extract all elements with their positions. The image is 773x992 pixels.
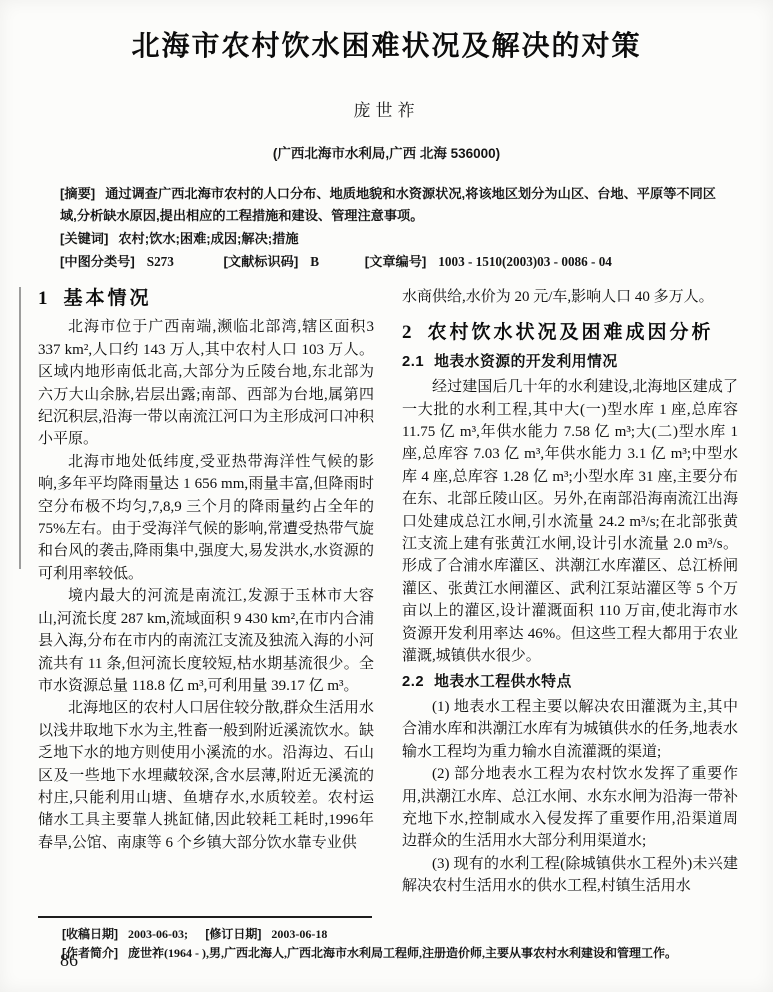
author-affiliation: (广西北海市水利局,广西 北海 536000) — [0, 142, 773, 162]
keywords-text: 农村;饮水;困难;成因;解决;措施 — [118, 231, 298, 246]
article-no-pair: [文章编号]1003 - 1510(2003)03 - 0086 - 04 — [365, 251, 612, 273]
abstract-label: [摘要] — [60, 186, 95, 201]
doc-code-label: [文献标识码] — [224, 254, 299, 269]
paper-page: 北海市农村饮水困难状况及解决的对策 庞世祚 (广西北海市水利局,广西 北海 53… — [0, 0, 773, 992]
list-item-paragraph: (3) 现有的水利工程(除城镇供水工程外)未兴建解决农村生活用水的供水工程,村镇… — [402, 853, 738, 898]
doc-code-pair: [文献标识码]B — [224, 251, 320, 273]
paper-title: 北海市农村饮水困难状况及解决的对策 — [0, 24, 773, 64]
section-1-title: 基本情况 — [64, 288, 152, 309]
article-no-value: 1003 - 1510(2003)03 - 0086 - 04 — [438, 254, 612, 269]
section-2-title: 农村饮水状况及困难成因分析 — [428, 322, 714, 343]
right-column: 水商供给,水价为 20 元/车,影响人口 40 多万人。 2农村饮水状况及困难成… — [402, 286, 738, 914]
section-2-heading: 2农村饮水状况及困难成因分析 — [402, 322, 738, 344]
paragraph: 北海市位于广西南端,濒临北部湾,辖区面积3 337 km²,人口约 143 万人… — [38, 316, 374, 450]
frontmatter-block: [摘要]通过调查广西北海市农村的人口分布、地质地貌和水资源状况,将该地区划分为山… — [60, 182, 716, 273]
scan-edge-artifact — [19, 287, 21, 569]
clc-label: [中图分类号] — [60, 254, 135, 269]
subsection-2-2-number: 2.2 — [402, 674, 424, 690]
subsection-2-1-title: 地表水资源的开发利用情况 — [434, 354, 618, 370]
paragraph: 北海市地处低纬度,受亚热带海洋性气候的影响,多年平均降雨量达 1 656 mm,… — [38, 451, 374, 585]
abstract-text: 通过调查广西北海市农村的人口分布、地质地貌和水资源状况,将该地区划分为山区、台地… — [60, 186, 716, 223]
subsection-2-2-title: 地表水工程供水特点 — [434, 674, 572, 690]
abstract-row: [摘要]通过调查广西北海市农村的人口分布、地质地貌和水资源状况,将该地区划分为山… — [60, 183, 716, 227]
list-item-paragraph: (2) 部分地表水工程为农村饮水发挥了重要作用,洪潮江水库、总江水闸、水东水闸为… — [402, 763, 738, 853]
keywords-row: [关键词]农村;饮水;困难;成因;解决;措施 — [60, 228, 716, 250]
subsection-2-2-heading: 2.2地表水工程供水特点 — [402, 671, 738, 693]
two-column-body: 1基本情况 北海市位于广西南端,濒临北部湾,辖区面积3 337 km²,人口约 … — [38, 286, 738, 914]
footnote-divider — [38, 916, 372, 918]
author-name: 庞世祚 — [0, 96, 773, 121]
author-bio: 庞世祚(1964 - ),男,广西北海人,广西北海市水利局工程师,注册造价师,主… — [128, 946, 677, 960]
subsection-2-1-number: 2.1 — [402, 354, 424, 370]
revised-date: 2003-06-18 — [271, 927, 327, 941]
continued-paragraph: 水商供给,水价为 20 元/车,影响人口 40 多万人。 — [402, 286, 738, 308]
article-no-label: [文章编号] — [365, 254, 427, 269]
keywords-label: [关键词] — [60, 231, 108, 246]
dates-line: [收稿日期]2003-06-03; [修订日期]2003-06-18 — [62, 925, 752, 944]
footer-notes: [收稿日期]2003-06-03; [修订日期]2003-06-18 [作者简介… — [62, 925, 752, 963]
section-1-number: 1 — [38, 288, 48, 309]
received-date: 2003-06-03; — [128, 927, 188, 941]
clc-pair: [中图分类号]S273 — [60, 251, 174, 273]
clc-value: S273 — [147, 254, 174, 269]
subsection-2-1-heading: 2.1地表水资源的开发利用情况 — [402, 351, 738, 373]
paragraph: 北海地区的农村人口居住较分散,群众生活用水以浅井取地下水为主,牲畜一般到附近溪流… — [38, 697, 374, 854]
author-bio-line: [作者简介]庞世祚(1964 - ),男,广西北海人,广西北海市水利局工程师,注… — [62, 944, 752, 963]
paragraph: 境内最大的河流是南流江,发源于玉林市大容山,河流长度 287 km,流域面积 9… — [38, 585, 374, 697]
revised-date-label: [修订日期] — [205, 927, 261, 941]
doc-code-value: B — [310, 254, 319, 269]
section-2-number: 2 — [402, 322, 412, 343]
meta-row: [中图分类号]S273 [文献标识码]B [文章编号]1003 - 1510(2… — [60, 251, 716, 273]
list-item-paragraph: (1) 地表水工程主要以解决农田灌溉为主,其中合浦水库和洪潮江水库有为城镇供水的… — [402, 696, 738, 763]
left-column: 1基本情况 北海市位于广西南端,濒临北部湾,辖区面积3 337 km²,人口约 … — [38, 286, 374, 914]
received-date-label: [收稿日期] — [62, 927, 118, 941]
paragraph: 经过建国后几十年的水利建设,北海地区建成了一大批的水利工程,其中大(一)型水库 … — [402, 376, 738, 667]
section-1-heading: 1基本情况 — [38, 288, 374, 310]
page-number: 86 — [60, 950, 78, 971]
